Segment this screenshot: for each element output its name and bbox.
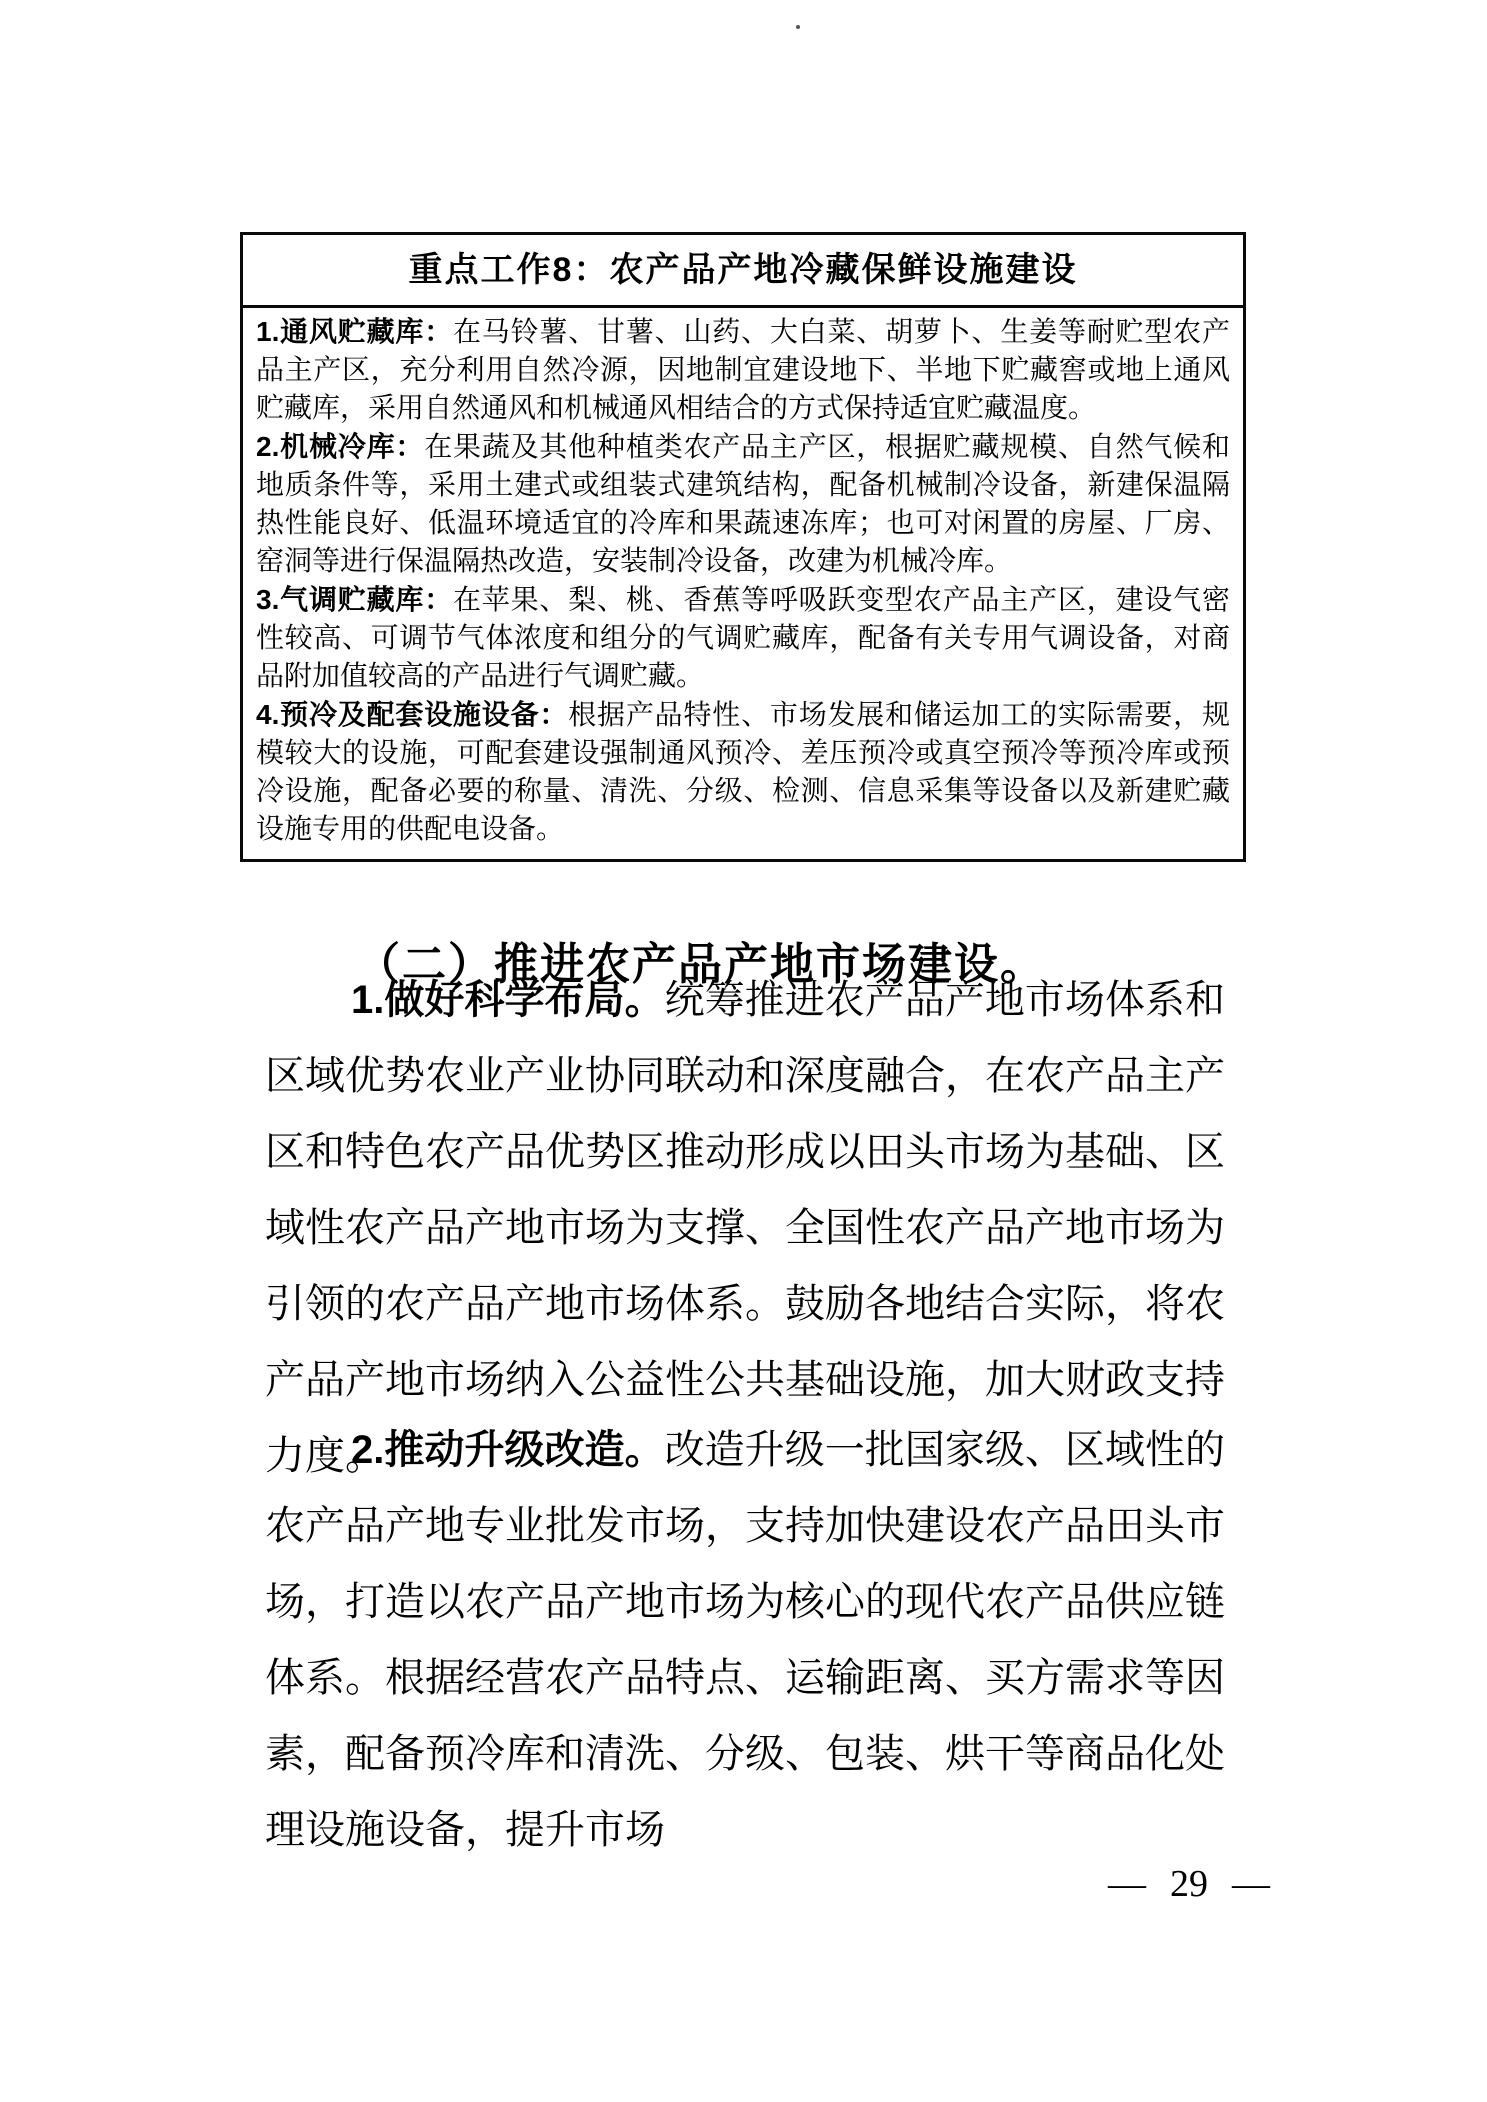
infobox-item-1: 1.通风贮藏库：在马铃薯、甘薯、山药、大白菜、胡萝卜、生姜等耐贮型农产品主产区，… [256, 313, 1230, 428]
infobox-item-4: 4.预冷及配套设施设备：根据产品特性、市场发展和储运加工的实际需要，规模较大的设… [256, 696, 1230, 849]
infobox-item-1-lead: 1.通风贮藏库： [256, 316, 453, 347]
key-work-infobox: 重点工作8：农产品产地冷藏保鲜设施建设 1.通风贮藏库：在马铃薯、甘薯、山药、大… [240, 232, 1246, 862]
infobox-item-3: 3.气调贮藏库：在苹果、梨、桃、香蕉等呼吸跃变型农产品主产区，建设气密性较高、可… [256, 581, 1230, 696]
infobox-item-4-lead: 4.预冷及配套设施设备： [256, 699, 568, 730]
body-paragraph-2-text: 改造升级一批国家级、区域性的农产品产地专业批发市场，支持加快建设农产品田头市场，… [265, 1427, 1225, 1852]
body-paragraph-2: 2.推动升级改造。改造升级一批国家级、区域性的农产品产地专业批发市场，支持加快建… [265, 1412, 1225, 1868]
footer-dash-left: — [1108, 1862, 1146, 1906]
infobox-item-2: 2.机械冷库：在果蔬及其他种植类农产品主产区，根据贮藏规模、自然气候和地质条件等… [256, 428, 1230, 581]
infobox-item-3-lead: 3.气调贮藏库： [256, 584, 453, 615]
body-paragraph-2-lead: 2.推动升级改造。 [351, 1428, 665, 1472]
infobox-item-2-lead: 2.机械冷库： [256, 431, 424, 462]
page-footer: — 29 — [1108, 1862, 1270, 1906]
body-paragraph-1-text: 统筹推进农产品产地市场体系和区域优势农业产业协同联动和深度融合，在农产品主产区和… [265, 977, 1225, 1478]
infobox-title: 重点工作8：农产品产地冷藏保鲜设施建设 [243, 235, 1243, 308]
page-number: 29 [1170, 1862, 1208, 1906]
document-page: 重点工作8：农产品产地冷藏保鲜设施建设 1.通风贮藏库：在马铃薯、甘薯、山药、大… [0, 0, 1487, 2102]
body-paragraph-1-lead: 1.做好科学布局。 [351, 978, 665, 1022]
footer-dash-right: — [1232, 1862, 1270, 1906]
scan-speck [796, 25, 800, 29]
infobox-body: 1.通风贮藏库：在马铃薯、甘薯、山药、大白菜、胡萝卜、生姜等耐贮型农产品主产区，… [243, 308, 1243, 859]
